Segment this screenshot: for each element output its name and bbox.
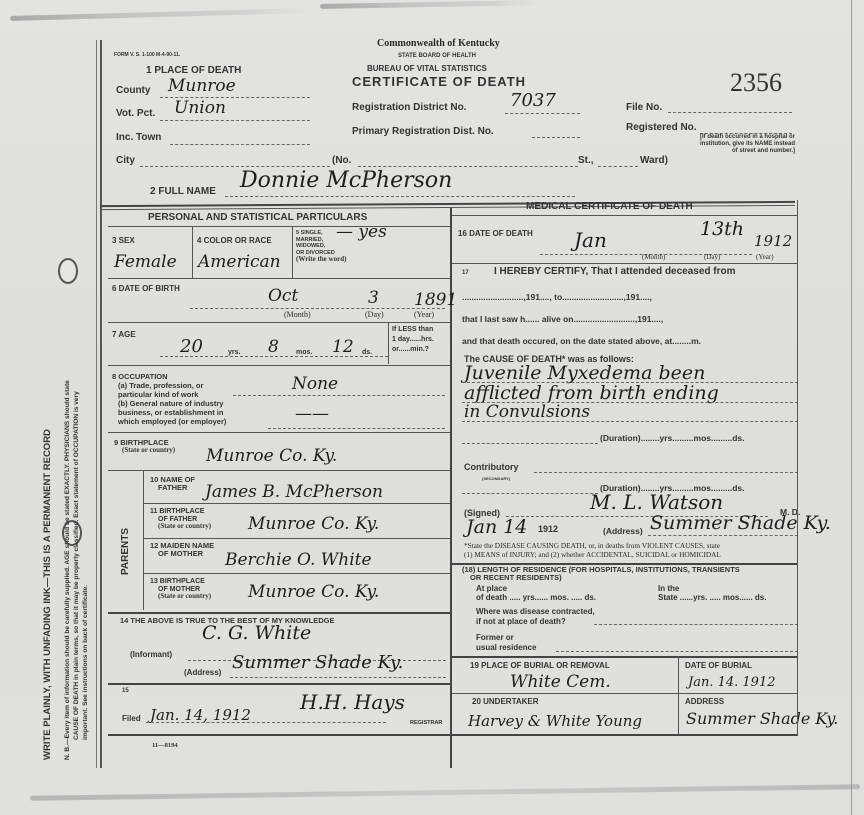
filed-label: Filed [122,714,141,723]
outer-border [96,40,97,768]
informant-value: C. G. White [202,622,311,644]
city-label: City [116,155,135,166]
permanent-record-notice: WRITE PLAINLY, WITH UNFADING INK—THIS IS… [42,429,53,760]
burial-date-label: DATE OF BURIAL [685,661,752,670]
state-board: STATE BOARD OF HEALTH [398,53,476,59]
registered-no-label: Registered No. [626,122,697,133]
in-state-line: State ......yrs. ..... mos...... ds. [658,593,766,602]
medical-heading: MEDICAL CERTIFICATE OF DEATH [526,201,693,212]
place-of-death-heading: 1 PLACE OF DEATH [146,65,241,76]
occupation-b-value: —— [295,404,329,424]
row-rule [143,503,450,504]
former-line: usual residence [476,643,536,653]
sex-label: 3 SEX [112,236,135,245]
race-value: American [198,252,281,272]
street-line [358,166,578,167]
certificate-page: WRITE PLAINLY, WITH UNFADING INK—THIS IS… [0,0,864,815]
cause-footnote: *State the DISEASE CAUSING DEATH, or, in… [464,541,721,559]
city-line [140,166,330,167]
residence-label-line: OR RECENT RESIDENTS) [462,574,740,582]
last-saw-line: that I last saw h...... alive on........… [462,314,663,324]
bottom-form-code: 11—8194 [152,742,178,749]
certify-number: 17 [462,270,469,276]
duration-dots [462,443,598,444]
burial-place-label: 19 PLACE OF BURIAL OR REMOVAL [470,661,610,670]
instructions-note-line-3: important. See instructions on back of c… [82,585,89,740]
full-name-line [225,196,575,197]
row-rule [452,693,797,694]
disease-contracted-label: Where was disease contracted, if not at … [476,607,595,627]
dod-month-caption: (Month) [642,253,665,261]
dod-label: 16 DATE OF DEATH [458,229,533,238]
less-than-line: 1 day......hrs. [392,335,434,345]
marital-value: — yes [336,222,387,242]
less-than-line: If LESS than [392,325,434,335]
mother-birthplace-label-line: 13 BIRTHPLACE [150,578,211,586]
parents-side-divider [143,470,144,610]
occupation-label: 8 OCCUPATION [112,372,226,381]
inc-town-label: Inc. Town [116,132,161,143]
no-label: (No. [332,155,351,166]
dod-year: 1912 [754,232,792,250]
signed-year: 1912 [538,524,558,534]
birthplace-value: Munroe Co. Ky. [206,446,337,466]
right-edge-line [851,0,852,815]
inner-border [100,40,102,768]
full-name-value: Donnie McPherson [240,168,452,193]
age-years: 20 [180,336,203,357]
ward-label: Ward) [640,155,668,166]
instructions-note-line-2: CAUSE OF DEATH in plain terms, so that i… [73,391,80,740]
race-marital-divider [292,226,293,278]
contributory-label: Contributory [464,462,519,472]
row-rule [143,538,450,539]
full-name-label: 2 FULL NAME [150,186,216,197]
vot-pct-line [160,120,310,121]
at-place-line: At place [476,584,596,593]
residence-label: (18) LENGTH OF RESIDENCE (FOR HOSPITALS,… [462,566,740,582]
registrar-label: REGISTRAR [410,720,442,726]
race-label: 4 COLOR OR RACE [197,236,272,245]
filed-number: 15 [122,688,129,694]
form-code: FORM V. S. 1-100 M-4-90-11. [114,52,180,58]
former-residence-line [556,651,798,652]
ds-caption: ds. [362,349,372,356]
filed-line [146,722,386,723]
vot-pct-value: Union [174,98,226,118]
occupation-a-label: (a) Trade, profession, or [112,381,226,390]
burial-place-value: White Cem. [510,672,611,692]
age-days: 12 [332,337,354,357]
bureau-title: BUREAU OF VITAL STATISTICS [367,64,487,73]
marital-label-line: (Write the word) [296,256,346,263]
death-time-line: and that death occured, on the date stat… [462,336,701,346]
informant-label: (Informant) [130,650,172,659]
row-rule [143,573,450,574]
sex-value: Female [114,252,177,272]
dod-day-caption: (Day) [704,253,720,261]
physician-signature: M. L. Watson [590,490,723,514]
former-residence-label: Former or usual residence [476,633,536,653]
in-state-line: In the [658,584,766,593]
scan-smear-top-2 [320,0,540,9]
month-caption: (Month) [284,310,311,319]
dob-year: 1891 [414,290,457,310]
disease-contracted-line [594,624,798,625]
row-rule [108,432,450,433]
county-label: County [116,85,150,96]
father-birthplace-label-line: (State or country) [150,523,211,531]
physician-address-label: (Address) [603,526,643,536]
registrar-signature: H.H. Hays [300,690,405,714]
scan-smear-bottom [30,784,860,801]
father-name-label-line: FATHER [150,484,195,492]
cause-line-2: afflicted from birth ending [464,382,719,404]
residence-in-state: In the State ......yrs. ..... mos...... … [658,584,766,602]
certify-statement: I HEREBY CERTIFY, That I attended deceas… [494,266,736,277]
mother-name-value: Berchie O. White [225,550,372,570]
dob-month: Oct [268,286,298,306]
birthplace-sub: (State or country) [122,446,175,454]
informant-address-value: Summer Shade Ky. [232,652,403,673]
dob-day: 3 [368,288,379,308]
age-label: 7 AGE [112,330,136,339]
vot-pct-label: Vot. Pct. [116,108,155,119]
primary-reg-line [532,137,580,138]
occupation-b-label: which employed (or employer) [112,417,226,426]
reg-district-value: 7037 [510,90,556,111]
age-less-divider [388,322,389,364]
contracted-line: if not at place of death? [476,617,595,627]
binder-hole-top [58,258,78,284]
mother-name-label-line: OF MOTHER [150,550,214,558]
parents-bottom-rule [108,612,450,614]
less-than-day-label: If LESS than 1 day......hrs. or......min… [392,325,434,355]
dod-month: Jan [574,228,607,252]
physician-address-line [648,535,798,536]
row-rule [452,263,797,264]
personal-heading-rule [108,226,450,227]
cause-dots-3 [462,421,798,422]
mos-caption: mos. [296,349,312,356]
file-no-line [668,112,792,113]
mother-birthplace-value: Munroe Co. Ky. [248,582,379,602]
attended-dates-line: ..........................,191...., to..… [462,292,652,302]
undertaker-label: 20 UNDERTAKER [472,697,539,706]
file-no-label: File No. [626,102,662,113]
father-birthplace-label-line: 11 BIRTHPLACE [150,508,211,516]
undertaker-address-value: Summer Shade Ky. [686,708,856,730]
parents-label: PARENTS [120,528,131,575]
reg-district-line [505,113,580,114]
father-name-value: James B. McPherson [205,482,383,502]
father-birthplace-label: 11 BIRTHPLACE OF FATHER (State or countr… [150,508,211,531]
burial-bottom-rule [452,734,797,736]
informant-address-line [230,677,446,678]
cause-footnote-line: (1) MEANS of INJURY; and (2) whether ACC… [464,550,721,559]
scan-smear-top [10,8,310,21]
occupation-b-label: business, or establishment in [112,408,226,417]
age-months: 8 [268,337,279,357]
residence-bottom-rule [452,656,797,658]
mother-birthplace-label-line: (State or country) [150,593,211,601]
row-rule [108,365,450,366]
contracted-line: Where was disease contracted, [476,607,595,617]
at-place-line: of death ..... yrs...... mos. ..... ds. [476,593,596,602]
row-rule [108,470,450,471]
registered-note: [If death occurred in a hospital or inst… [700,134,795,155]
mother-birthplace-label: 13 BIRTHPLACE OF MOTHER (State or countr… [150,578,211,601]
dod-day: 13th [700,218,744,240]
undertaker-value: Harvey & White Young [468,712,642,730]
year-caption: (Year) [414,310,434,319]
physician-address-value: Summer Shade Ky. [650,512,831,534]
row-rule [108,322,450,323]
yrs-caption: yrs. [228,349,240,356]
ward-line [598,166,638,167]
duration-line: (Duration)........yrs.........mos.......… [600,433,745,443]
undertaker-address-label: ADDRESS [685,697,724,706]
burial-divider [678,656,679,736]
instructions-note-line-1: N. B.—Every item of information should b… [64,380,71,760]
less-than-line: or......min.? [392,345,434,355]
inc-town-line [170,144,310,145]
residence-at-place: At place of death ..... yrs...... mos. .… [476,584,596,602]
dod-year-caption: (Year) [756,253,774,261]
occupation-b-line [268,428,445,429]
contributory-line [534,472,798,473]
medical-heading-rule [452,215,797,216]
cause-line-3: in Convulsions [464,402,590,422]
dob-label: 6 DATE OF BIRTH [112,284,180,293]
filed-bottom-rule [108,734,450,736]
cause-footnote-line: *State the DISEASE CAUSING DEATH, or, in… [464,541,721,550]
certificate-title: CERTIFICATE OF DEATH [352,74,526,89]
informant-address-label: (Address) [184,668,221,677]
former-line: Former or [476,633,536,643]
occupation-a-value: None [292,374,338,394]
st-label: St., [578,155,594,166]
informant-bottom-rule [108,683,450,685]
file-number: 2356 [730,68,782,98]
mother-name-label: 12 MAIDEN NAME OF MOTHER [150,542,214,558]
father-name-label: 10 NAME OF FATHER [150,476,195,492]
signed-date: Jan 14 [466,516,527,538]
contributory-duration-dots [462,493,598,494]
reg-district-label: Registration District No. [352,102,466,113]
county-value: Munroe [168,76,236,96]
right-border [797,200,798,736]
occupation-a-line [233,395,445,396]
sex-race-divider [192,226,193,278]
occupation-a-label: particular kind of work [112,390,226,399]
occupation-label-block: 8 OCCUPATION (a) Trade, profession, or p… [112,372,226,426]
primary-reg-label: Primary Registration Dist. No. [352,126,494,137]
secondary-label: (SECONDARY) [482,476,510,481]
father-birthplace-value: Munroe Co. Ky. [248,514,379,534]
burial-date-value: Jan. 14. 1912 [688,675,776,690]
dob-line [190,308,445,309]
cause-line-1: Juvenile Myxedema been [464,362,705,384]
row-rule [108,278,450,279]
commonwealth-title: Commonwealth of Kentucky [377,38,500,49]
day-caption: (Day) [365,310,384,319]
personal-heading: PERSONAL AND STATISTICAL PARTICULARS [148,212,367,223]
occupation-b-label: (b) General nature of industry [112,399,226,408]
